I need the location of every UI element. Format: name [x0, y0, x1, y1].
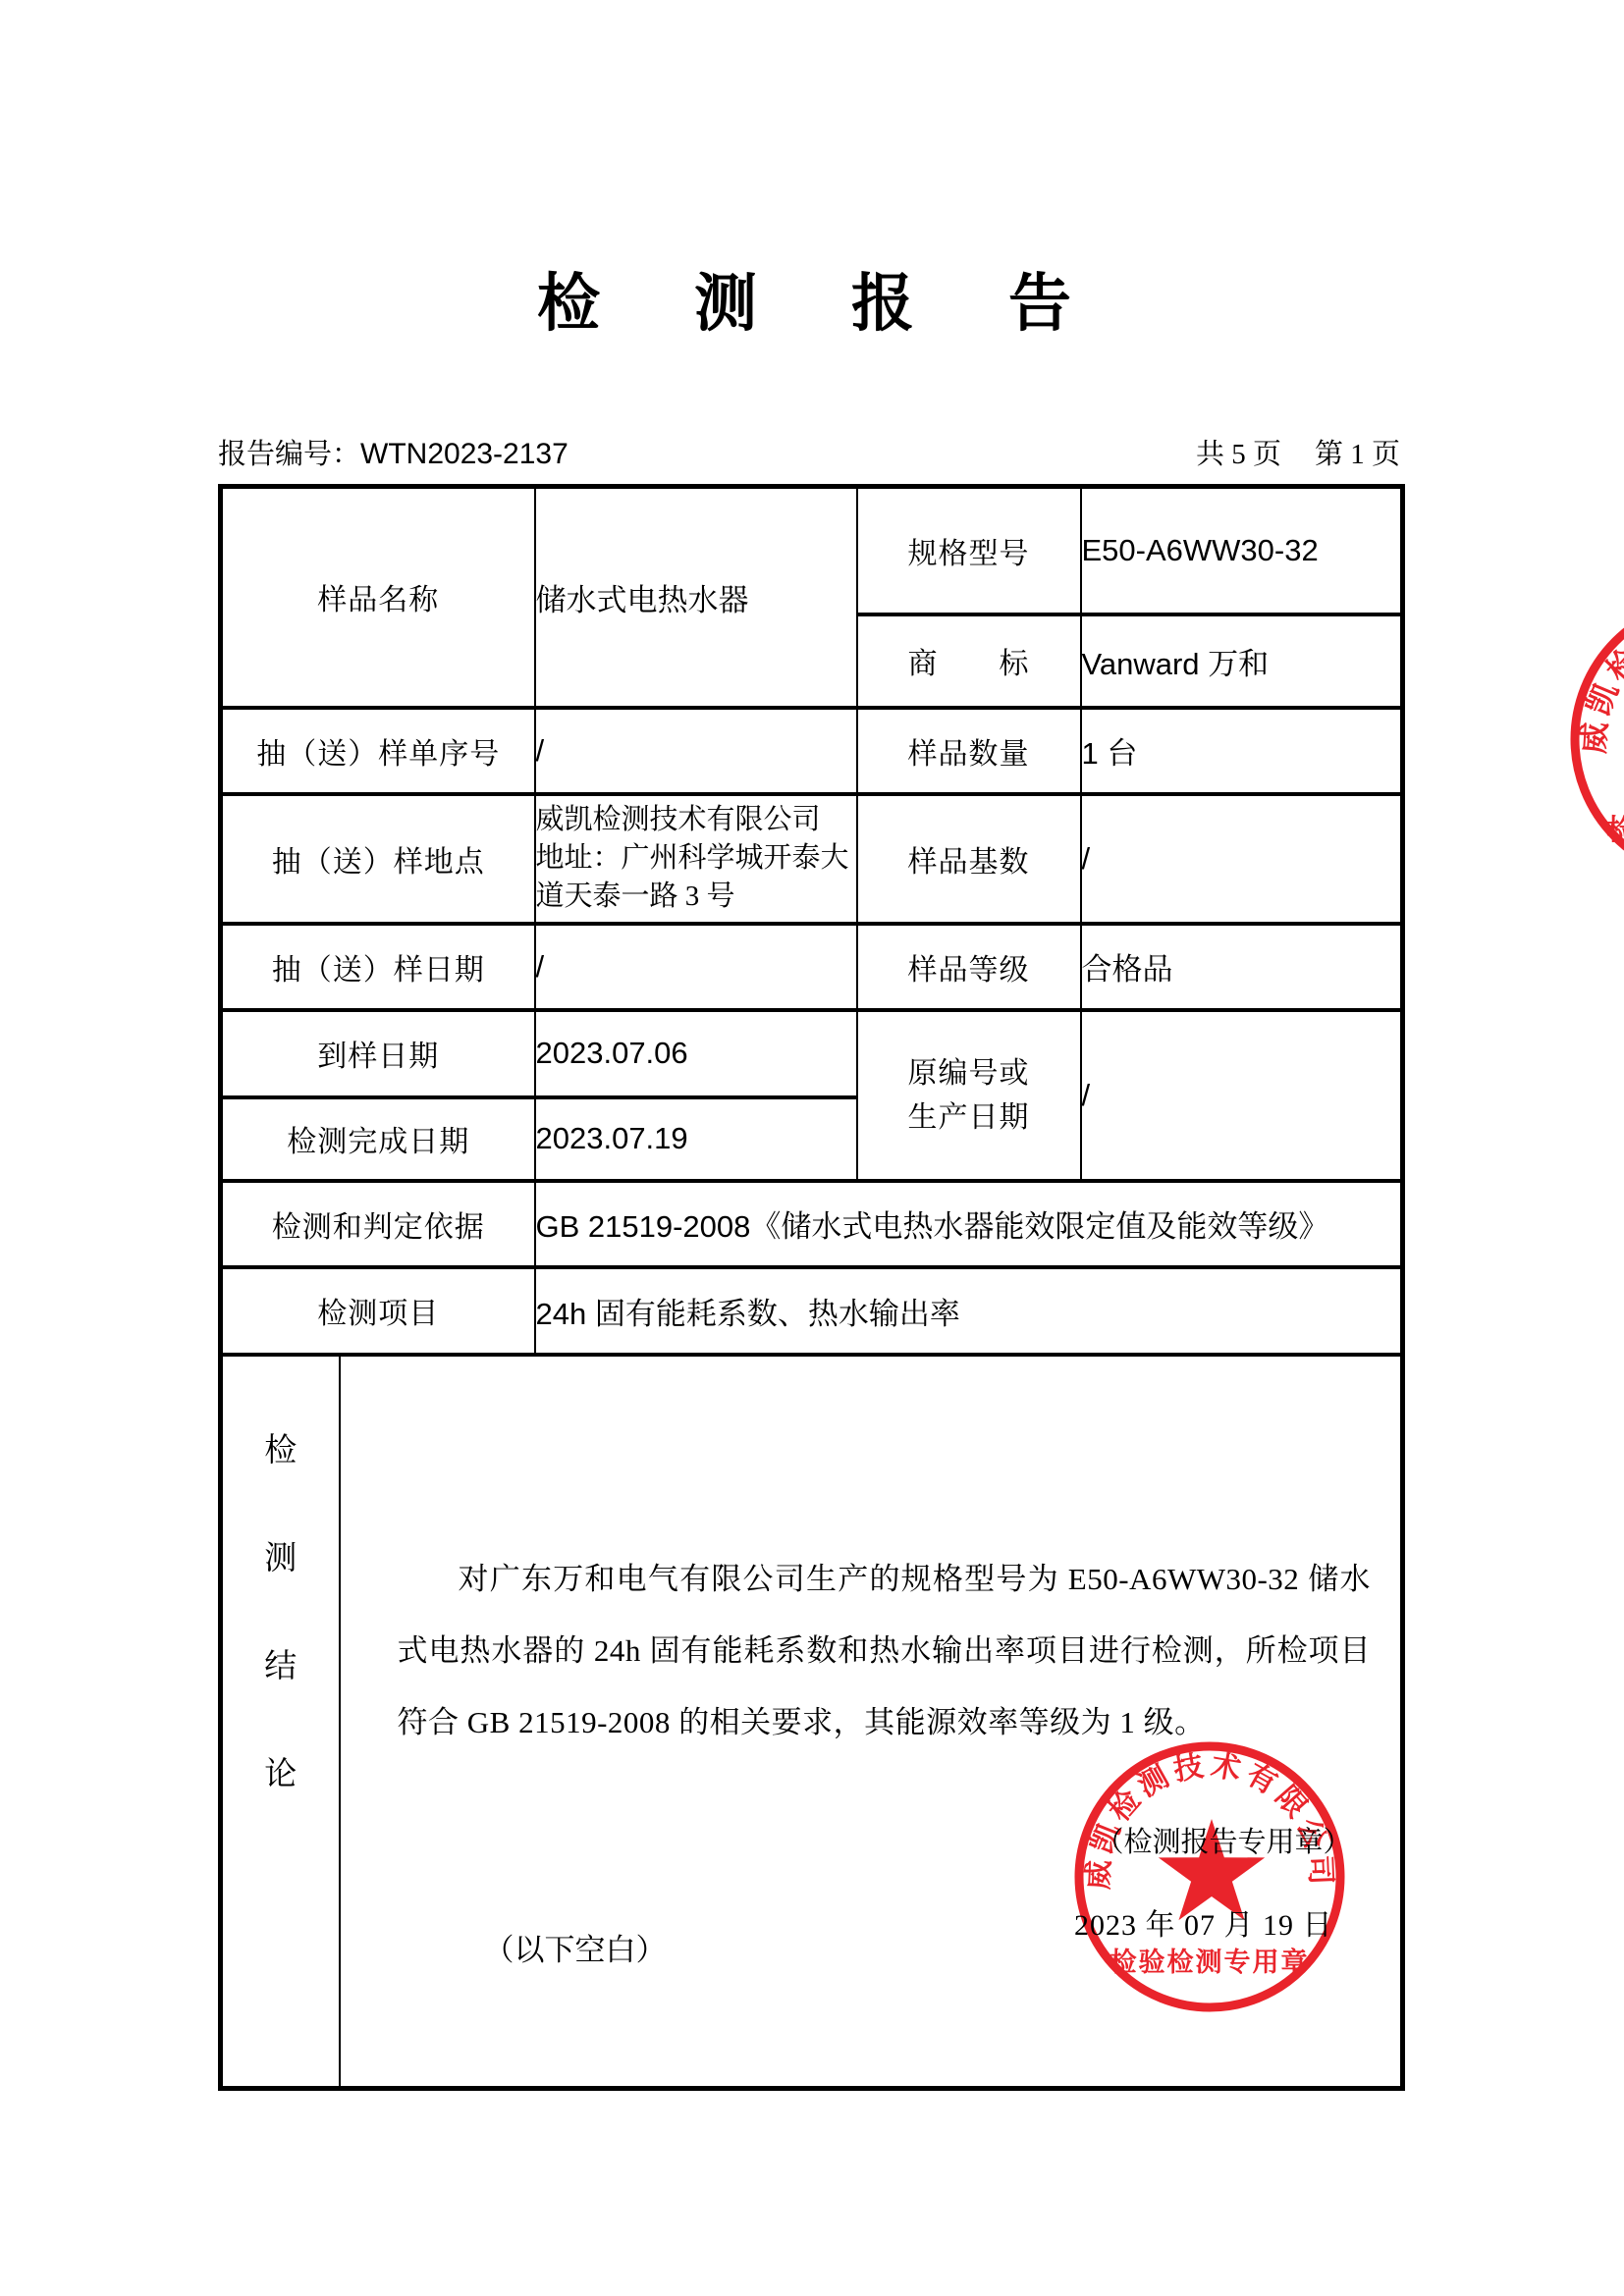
completion-date-value: 2023.07.19 [535, 1097, 857, 1181]
company-seal-stamp: 威凯检测技术有限公司 检验检测专用章 [1062, 1730, 1357, 2024]
conclusion-char-4: 论 [264, 1753, 297, 1796]
svg-text:威凯检测技术有限公司: 威凯检测技术有限公司 [1576, 605, 1624, 755]
row-basis: 检测和判定依据 GB 21519-2008《储水式电热水器能效限定值及能效等级》 [221, 1181, 1403, 1267]
model-label: 规格型号 [857, 487, 1081, 614]
row-sampling-no-quantity: 抽（送）样单序号 / 样品数量 1 台 [221, 708, 1403, 794]
report-meta-row: 报告编号：WTN2023-2137 共 5 页 第 1 页 [218, 432, 1400, 472]
edge-seal-stamp: 威凯检测技术有限公司 检验检测专用章 [1556, 582, 1624, 896]
row-arrival-date: 到样日期 2023.07.06 原编号或 生产日期 / [221, 1010, 1403, 1097]
edge-stamp-company-name: 威凯检测技术有限公司 [1576, 605, 1624, 755]
test-items-value: 24h 固有能耗系数、热水输出率 [535, 1267, 1403, 1355]
completion-date-label: 检测完成日期 [221, 1097, 535, 1181]
edge-stamp-seal-bottom-text: 检验检测专用章 [1606, 813, 1624, 846]
row-sample-name-model: 样品名称 储水式电热水器 规格型号 E50-A6WW30-32 [221, 487, 1403, 614]
conclusion-label: 检 测 结 论 [221, 1355, 340, 2089]
sampling-no-value: / [535, 708, 857, 794]
conclusion-char-1: 检 [264, 1429, 297, 1472]
original-no-label-line1: 原编号或 [858, 1051, 1080, 1095]
report-number-label: 报告编号： [218, 439, 360, 470]
model-value: E50-A6WW30-32 [1081, 487, 1403, 614]
sampling-place-label: 抽（送）样地点 [221, 794, 535, 924]
brand-value: Vanward 万和 [1081, 614, 1403, 708]
sample-name-label: 样品名称 [221, 487, 535, 708]
original-no-label: 原编号或 生产日期 [857, 1010, 1081, 1181]
sampling-date-value: / [535, 924, 857, 1010]
grade-label: 样品等级 [857, 924, 1081, 1010]
current-page: 第 1 页 [1315, 432, 1400, 472]
report-page: 检 测 报 告 报告编号：WTN2023-2137 共 5 页 第 1 页 样品… [0, 0, 1624, 2296]
sample-name-value: 储水式电热水器 [535, 487, 857, 708]
row-sampling-place-base: 抽（送）样地点 威凯检测技术有限公司 地址：广州科学城开泰大道天泰一路 3 号 … [221, 794, 1403, 924]
stamp-issue-date: 2023 年 07 月 19 日 [1074, 1900, 1333, 1944]
original-no-value: / [1081, 1010, 1403, 1181]
report-number-value: WTN2023-2137 [360, 438, 568, 470]
stamp-purpose-note: （检测报告专用章） [1080, 1820, 1367, 1860]
base-number-label: 样品基数 [857, 794, 1081, 924]
basis-value: GB 21519-2008《储水式电热水器能效限定值及能效等级》 [535, 1181, 1403, 1267]
page-title: 检 测 报 告 [0, 253, 1624, 344]
row-test-items: 检测项目 24h 固有能耗系数、热水输出率 [221, 1267, 1403, 1355]
page-count: 共 5 页 第 1 页 [1196, 432, 1400, 472]
conclusion-char-3: 结 [264, 1645, 297, 1688]
test-items-label: 检测项目 [221, 1267, 535, 1355]
stamp-seal-bottom-text: 检验检测专用章 [1110, 1947, 1310, 1977]
conclusion-char-2: 测 [264, 1537, 297, 1580]
original-no-label-line2: 生产日期 [858, 1095, 1080, 1140]
conclusion-paragraph: 对广东万和电气有限公司生产的规格型号为 E50-A6WW30-32 储水式电热水… [398, 1543, 1372, 1758]
total-pages: 共 5 页 [1196, 432, 1281, 472]
quantity-value: 1 台 [1081, 708, 1403, 794]
conclusion-label-chars: 检 测 结 论 [223, 1357, 339, 2087]
sampling-place-line2: 地址：广州科学城开泰大道天泰一路 3 号 [536, 839, 856, 916]
sampling-place-value: 威凯检测技术有限公司 地址：广州科学城开泰大道天泰一路 3 号 [535, 794, 857, 924]
sampling-place-line1: 威凯检测技术有限公司 [536, 801, 856, 839]
sampling-no-label: 抽（送）样单序号 [221, 708, 535, 794]
grade-value: 合格品 [1081, 924, 1403, 1010]
quantity-label: 样品数量 [857, 708, 1081, 794]
row-sampling-date-grade: 抽（送）样日期 / 样品等级 合格品 [221, 924, 1403, 1010]
arrival-date-label: 到样日期 [221, 1010, 535, 1097]
base-number-value: / [1081, 794, 1403, 924]
arrival-date-value: 2023.07.06 [535, 1010, 857, 1097]
basis-label: 检测和判定依据 [221, 1181, 535, 1267]
sampling-date-label: 抽（送）样日期 [221, 924, 535, 1010]
report-number: 报告编号：WTN2023-2137 [218, 432, 568, 472]
brand-label: 商 标 [857, 614, 1081, 708]
